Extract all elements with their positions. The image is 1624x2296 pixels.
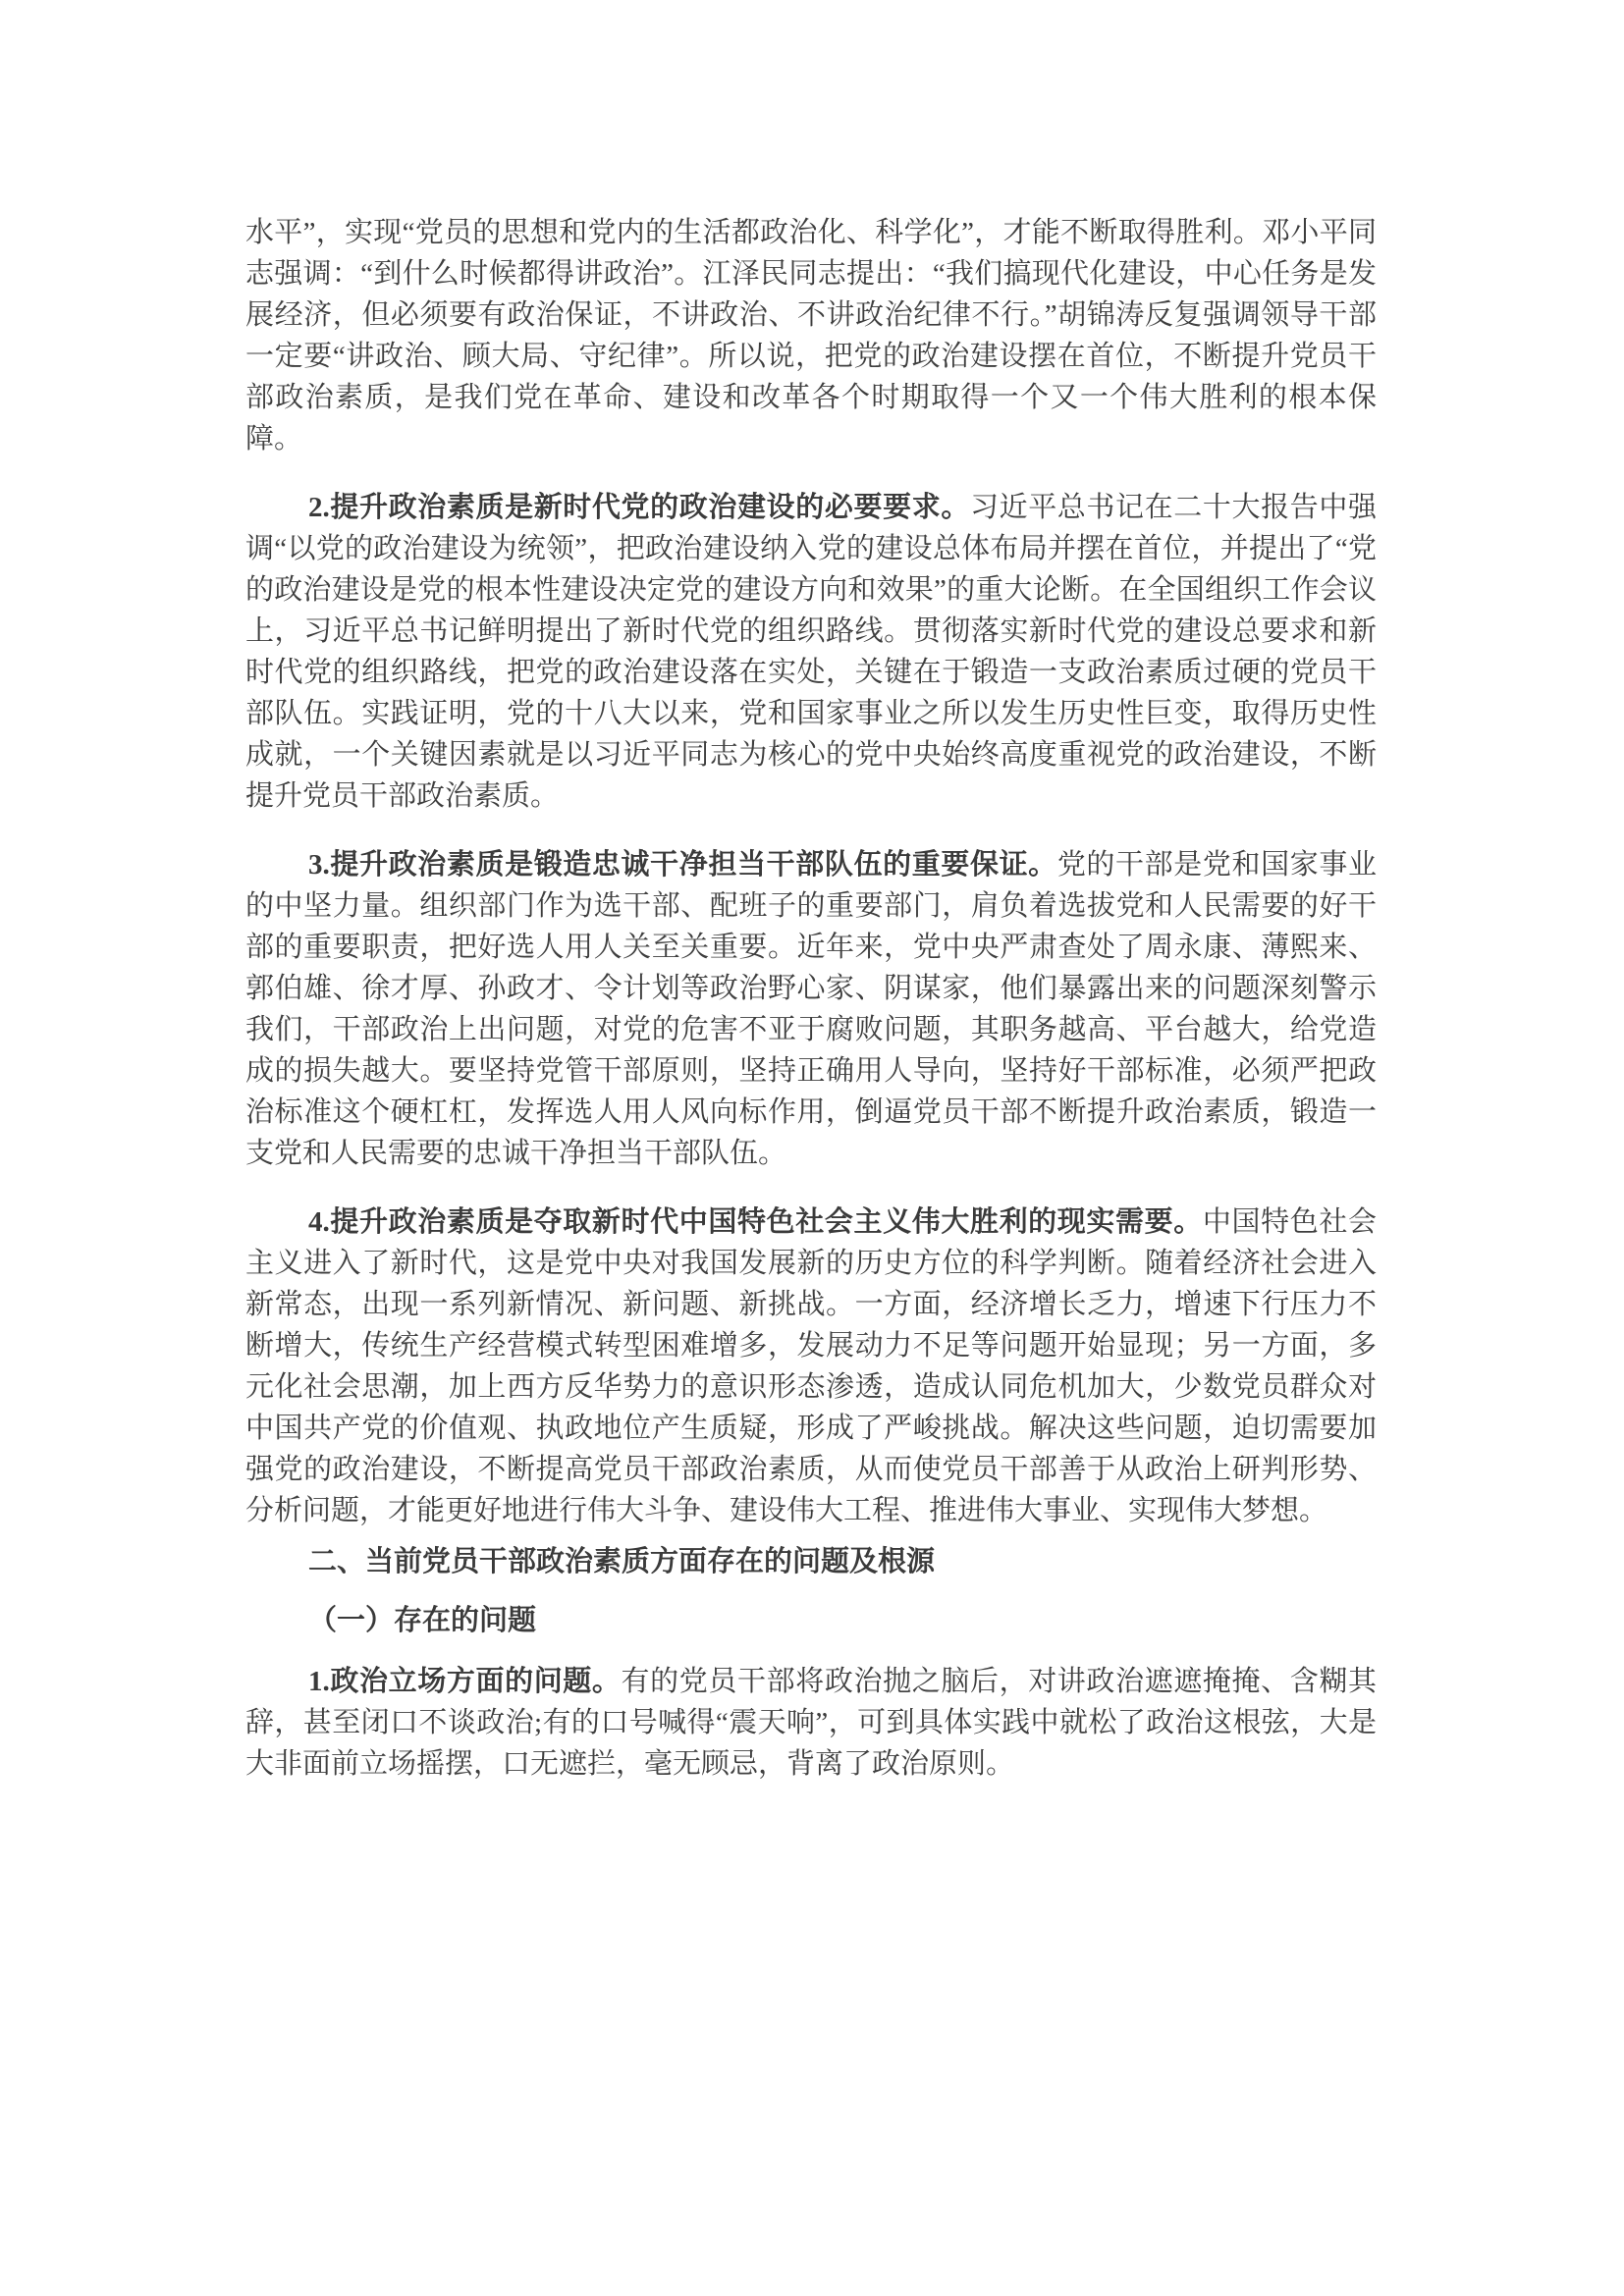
subsection-heading: （一）存在的问题	[245, 1600, 1377, 1641]
numbered-point-2: 2.提升政治素质是新时代党的政治建设的必要要求。习近平总书记在二十大报告中强调“…	[245, 487, 1377, 817]
point-lead-bold: 1.政治立场方面的问题。	[308, 1666, 622, 1697]
paragraph-text: 中国特色社会主义进入了新时代，这是党中央对我国发展新的历史方位的科学判断。随着经…	[245, 1206, 1377, 1526]
point-lead-bold: 3.提升政治素质是锻造忠诚干净担当干部队伍的重要保证。	[308, 849, 1057, 881]
document-text-block: 水平”，实现“党员的思想和党内的生活都政治化、科学化”，才能不断取得胜利。邓小平…	[245, 212, 1377, 1785]
section-heading: 二、当前党员干部政治素质方面存在的问题及根源	[245, 1541, 1377, 1582]
numbered-point-4: 4.提升政治素质是夺取新时代中国特色社会主义伟大胜利的现实需要。中国特色社会主义…	[245, 1201, 1377, 1531]
point-lead-bold: 4.提升政治素质是夺取新时代中国特色社会主义伟大胜利的现实需要。	[308, 1206, 1203, 1238]
paragraph-text: 习近平总书记在二十大报告中强调“以党的政治建设为统领”，把政治建设纳入党的建设总…	[245, 492, 1377, 812]
subsection-heading-text: （一）存在的问题	[308, 1605, 536, 1636]
numbered-point-1-problem: 1.政治立场方面的问题。有的党员干部将政治抛之脑后，对讲政治遮遮掩掩、含糊其辞，…	[245, 1661, 1377, 1785]
numbered-point-3: 3.提升政治素质是锻造忠诚干净担当干部队伍的重要保证。党的干部是党和国家事业的中…	[245, 844, 1377, 1174]
point-lead-bold: 2.提升政治素质是新时代党的政治建设的必要要求。	[308, 492, 970, 523]
document-page: 水平”，实现“党员的思想和党内的生活都政治化、科学化”，才能不断取得胜利。邓小平…	[0, 0, 1624, 2296]
paragraph-text: 党的干部是党和国家事业的中坚力量。组织部门作为选干部、配班子的重要部门，肩负着选…	[245, 849, 1377, 1169]
paragraph-continuation: 水平”，实现“党员的思想和党内的生活都政治化、科学化”，才能不断取得胜利。邓小平…	[245, 212, 1377, 459]
section-heading-text: 二、当前党员干部政治素质方面存在的问题及根源	[308, 1546, 935, 1577]
paragraph-text: 水平”，实现“党员的思想和党内的生活都政治化、科学化”，才能不断取得胜利。邓小平…	[245, 217, 1377, 454]
